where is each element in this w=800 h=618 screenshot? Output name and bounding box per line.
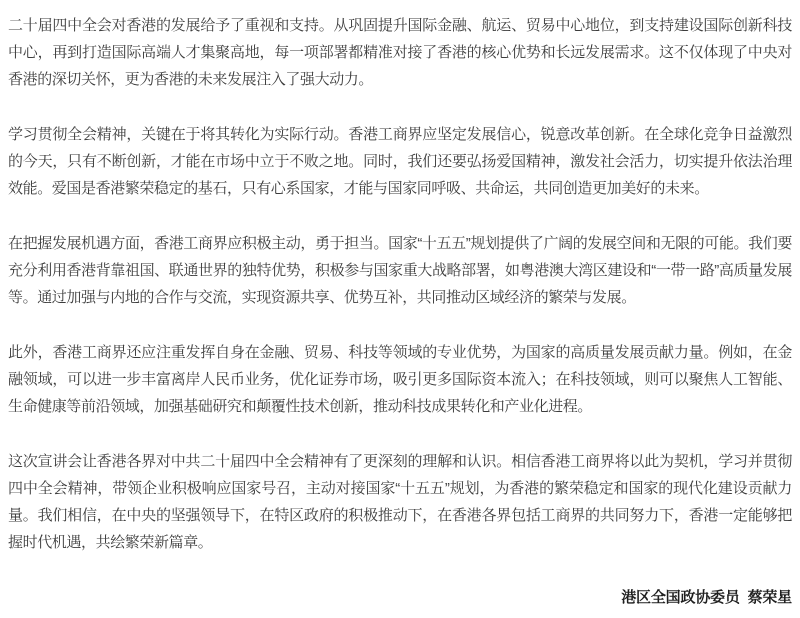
author-signature: 港区全国政协委员 蔡荣星 (8, 584, 792, 611)
article-page: 二十届四中全会对香港的发展给予了重视和支持。从巩固提升国际金融、航运、贸易中心地… (0, 0, 800, 618)
paragraph-2: 学习贯彻全会精神，关键在于将其转化为实际行动。香港工商界应坚定发展信心，锐意改革… (8, 121, 792, 202)
paragraph-4: 此外，香港工商界还应注重发挥自身在金融、贸易、科技等领域的专业优势，为国家的高质… (8, 339, 792, 420)
paragraph-1: 二十届四中全会对香港的发展给予了重视和支持。从巩固提升国际金融、航运、贸易中心地… (8, 12, 792, 93)
paragraph-5: 这次宣讲会让香港各界对中共二十届四中全会精神有了更深刻的理解和认识。相信香港工商… (8, 448, 792, 556)
article-body: 二十届四中全会对香港的发展给予了重视和支持。从巩固提升国际金融、航运、贸易中心地… (8, 12, 792, 611)
paragraph-3: 在把握发展机遇方面，香港工商界应积极主动，勇于担当。国家“十五五”规划提供了广阔… (8, 230, 792, 311)
